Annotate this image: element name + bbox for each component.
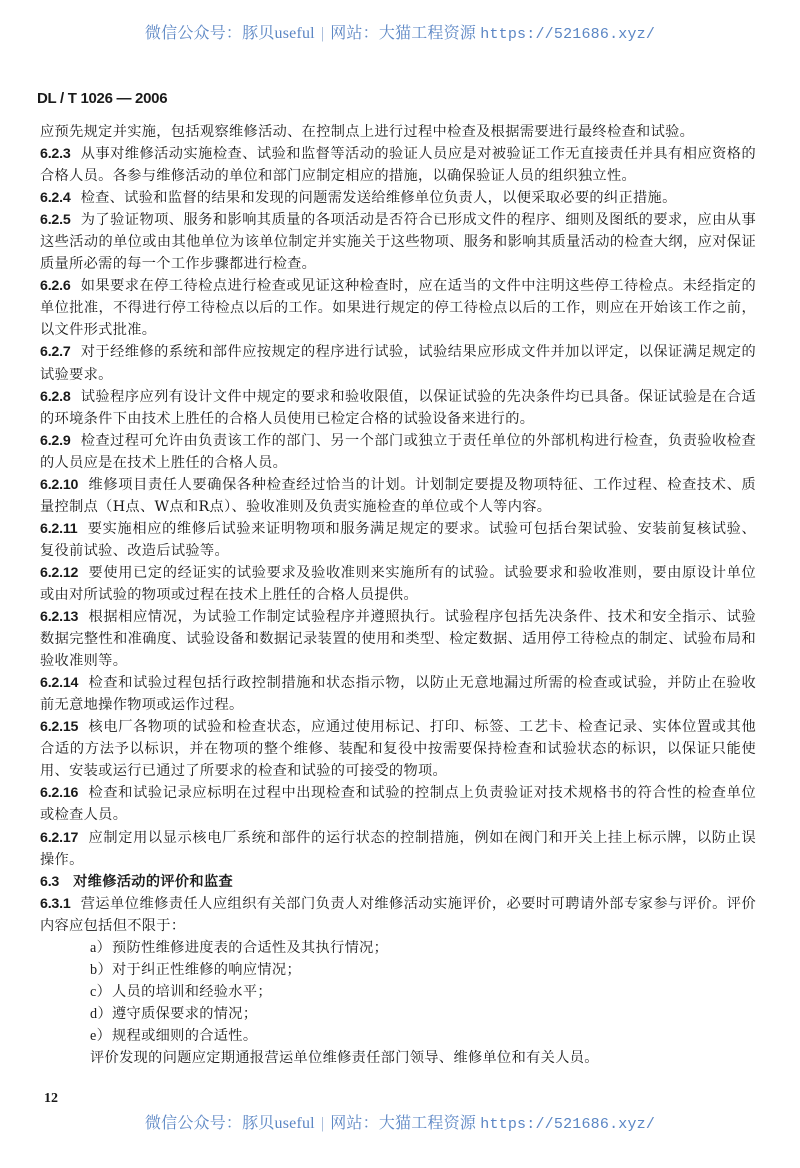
section-heading-6-3: 6.3对维修活动的评价和监查 [40,871,756,893]
clause-6-2-5: 6.2.5为了验证物项、服务和影响其质量的各项活动是否符合已形成文件的程序、细则… [40,209,756,275]
list-text: 预防性维修进度表的合适性及其执行情况； [112,940,388,956]
watermark-separator: | [321,1115,324,1132]
list-marker: a） [90,937,112,959]
clause-text: 营运单位维修责任人应组织有关部门负责人对维修活动实施评价，必要时可聘请外部专家参… [40,896,756,934]
clause-6-2-17: 6.2.17应制定用以显示核电厂系统和部件的运行状态的控制措施，例如在阀门和开关… [40,827,756,871]
list-item-b: b）对于纠正性维修的响应情况； [40,959,756,981]
closing-paragraph: 评价发现的问题应定期通报营运单位维修责任部门领导、维修单位和有关人员。 [40,1047,756,1069]
clause-number: 6.2.15 [40,716,78,738]
clause-6-2-16: 6.2.16检查和试验记录应标明在过程中出现检查和试验的控制点上负责验证对技术规… [40,782,756,826]
clause-number: 6.2.13 [40,606,78,628]
clause-number: 6.2.7 [40,341,71,363]
clause-number: 6.2.10 [40,474,78,496]
watermark-bottom: 微信公众号：豚贝useful|网站：大猫工程资源 https://521686.… [0,1110,800,1133]
clause-text: 试验程序应列有设计文件中规定的要求和验收限值，以保证试验的先决条件均已具备。保证… [40,389,756,427]
clause-number: 6.2.5 [40,209,71,231]
clause-text: 维修项目责任人要确保各种检查经过恰当的计划。计划制定要提及物项特征、工作过程、检… [40,477,756,515]
list-text: 人员的培训和经验水平； [112,984,272,1000]
watermark-top: 微信公众号：豚贝useful|网站：大猫工程资源 https://521686.… [0,20,800,43]
clause-6-2-12: 6.2.12要使用已定的经证实的试验要求及验收准则来实施所有的试验。试验要求和验… [40,562,756,606]
clause-number: 6.2.11 [40,518,77,540]
watermark-wechat: 微信公众号：豚贝useful [145,25,315,42]
list-text: 规程或细则的合适性。 [112,1028,257,1044]
list-marker: d） [90,1003,112,1025]
list-item-c: c）人员的培训和经验水平； [40,981,756,1003]
continuation-paragraph: 应预先规定并实施，包括观察维修活动、在控制点上进行过程中检查及根据需要进行最终检… [40,121,756,143]
list-item-e: e）规程或细则的合适性。 [40,1025,756,1047]
clause-text: 检查、试验和监督的结果和发现的问题需发送给维修单位负责人，以便采取必要的纠正措施… [81,190,677,206]
section-title: 对维修活动的评价和监查 [73,874,233,890]
watermark-url: https://521686.xyz/ [480,1116,655,1133]
clause-number: 6.3.1 [40,893,71,915]
page-number: 12 [44,1091,58,1107]
clause-text: 为了验证物项、服务和影响其质量的各项活动是否符合已形成文件的程序、细则及图纸的要… [40,212,756,272]
list-item-a: a）预防性维修进度表的合适性及其执行情况； [40,937,756,959]
clause-text: 检查和试验记录应标明在过程中出现检查和试验的控制点上负责验证对技术规格书的符合性… [40,785,756,823]
clause-6-2-4: 6.2.4检查、试验和监督的结果和发现的问题需发送给维修单位负责人，以便采取必要… [40,187,756,209]
clause-6-2-10: 6.2.10维修项目责任人要确保各种检查经过恰当的计划。计划制定要提及物项特征、… [40,474,756,518]
list-text: 对于纠正性维修的响应情况； [112,962,301,978]
clause-text: 检查过程可允许由负责该工作的部门、另一个部门或独立于责任单位的外部机构进行检查，… [40,433,756,471]
clause-6-2-13: 6.2.13根据相应情况，为试验工作制定试验程序并遵照执行。试验程序包括先决条件… [40,606,756,672]
clause-text: 核电厂各物项的试验和检查状态，应通过使用标记、打印、标签、工艺卡、检查记录、实体… [40,719,756,779]
clause-text: 如果要求在停工待检点进行检查或见证这种检查时，应在适当的文件中注明这些停工待检点… [40,278,756,338]
document-body: 应预先规定并实施，包括观察维修活动、在控制点上进行过程中检查及根据需要进行最终检… [40,121,756,1069]
clause-6-2-8: 6.2.8试验程序应列有设计文件中规定的要求和验收限值，以保证试验的先决条件均已… [40,386,756,430]
clause-number: 6.2.12 [40,562,78,584]
watermark-url: https://521686.xyz/ [480,26,655,43]
list-text: 遵守质保要求的情况； [112,1006,257,1022]
list-marker: c） [90,981,112,1003]
section-number: 6.3 [40,871,59,893]
clause-6-3-1: 6.3.1营运单位维修责任人应组织有关部门负责人对维修活动实施评价，必要时可聘请… [40,893,756,937]
clause-6-2-14: 6.2.14检查和试验过程包括行政控制措施和状态指示物，以防止无意地漏过所需的检… [40,672,756,716]
clause-text: 从事对维修活动实施检查、试验和监督等活动的验证人员应是对被验证工作无直接责任并具… [40,146,756,184]
clause-6-2-7: 6.2.7对于经维修的系统和部件应按规定的程序进行试验，试验结果应形成文件并加以… [40,341,756,385]
watermark-separator: | [321,25,324,42]
clause-text: 要实施相应的维修后试验来证明物项和服务满足规定的要求。试验可包括台架试验、安装前… [40,521,756,559]
clause-6-2-15: 6.2.15核电厂各物项的试验和检查状态，应通过使用标记、打印、标签、工艺卡、检… [40,716,756,782]
clause-text: 要使用已定的经证实的试验要求及验收准则来实施所有的试验。试验要求和验收准则，要由… [40,565,756,603]
list-item-d: d）遵守质保要求的情况； [40,1003,756,1025]
watermark-wechat: 微信公众号：豚贝useful [145,1115,315,1132]
clause-number: 6.2.17 [40,827,78,849]
clause-text: 根据相应情况，为试验工作制定试验程序并遵照执行。试验程序包括先决条件、技术和安全… [40,609,756,669]
clause-6-2-6: 6.2.6如果要求在停工待检点进行检查或见证这种检查时，应在适当的文件中注明这些… [40,275,756,341]
watermark-site: 网站：大猫工程资源 [330,25,476,42]
clause-number: 6.2.3 [40,143,71,165]
clause-text: 对于经维修的系统和部件应按规定的程序进行试验，试验结果应形成文件并加以评定，以保… [40,344,756,382]
list-marker: e） [90,1025,112,1047]
clause-number: 6.2.8 [40,386,71,408]
clause-6-2-3: 6.2.3从事对维修活动实施检查、试验和监督等活动的验证人员应是对被验证工作无直… [40,143,756,187]
clause-number: 6.2.4 [40,187,71,209]
clause-number: 6.2.16 [40,782,78,804]
clause-number: 6.2.9 [40,430,71,452]
clause-6-2-11: 6.2.11要实施相应的维修后试验来证明物项和服务满足规定的要求。试验可包括台架… [40,518,756,562]
clause-6-2-9: 6.2.9检查过程可允许由负责该工作的部门、另一个部门或独立于责任单位的外部机构… [40,430,756,474]
clause-text: 检查和试验过程包括行政控制措施和状态指示物，以防止无意地漏过所需的检查或试验，并… [40,675,756,713]
clause-text: 应制定用以显示核电厂系统和部件的运行状态的控制措施，例如在阀门和开关上挂上标示牌… [40,830,756,868]
watermark-site: 网站：大猫工程资源 [330,1115,476,1132]
list-marker: b） [90,959,112,981]
clause-number: 6.2.6 [40,275,71,297]
standard-code-header: DL / T 1026 — 2006 [37,90,167,107]
clause-number: 6.2.14 [40,672,78,694]
